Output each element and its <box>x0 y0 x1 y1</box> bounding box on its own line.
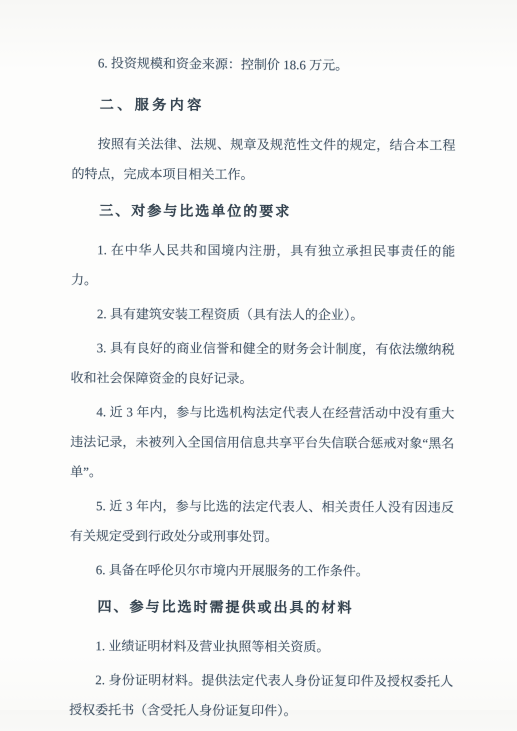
material-item: 1. 业绩证明材料及营业执照等相关资质。 <box>69 631 453 663</box>
requirement-item: 1. 在中华人民共和国境内注册，具有独立承担民事责任的能力。 <box>71 235 455 297</box>
requirement-item: 6. 具备在呼伦贝尔市境内开展服务的工作条件。 <box>70 555 454 587</box>
materials-list: 1. 业绩证明材料及营业执照等相关资质。 2. 身份证明材料。提供法定代表人身份… <box>69 631 453 710</box>
requirement-item: 3. 具有良好的商业信誉和健全的财务会计制度，有依法缴纳税收和社会保障资金的良好… <box>71 333 455 395</box>
para-service-content: 按照有关法律、法规、规章及规范性文件的规定，结合本工程的特点，完成本项目相关工作… <box>71 129 455 191</box>
requirement-item: 4. 近 3 年内，参与比选机构法定代表人在经营活动中没有重大违法记录，未被列入… <box>70 397 454 489</box>
heading-service-content: 二、服务内容 <box>72 91 456 123</box>
requirement-item: 2. 具有建筑安装工程资质（具有法人的企业）。 <box>71 299 455 331</box>
clause-investment-scale: 6. 投资规模和资金来源：控制价 18.6 万元。 <box>72 48 456 82</box>
heading-bidder-requirements: 三、对参与比选单位的要求 <box>71 197 455 229</box>
material-item: 2. 身份证明材料。提供法定代表人身份证复印件及授权委托人授权委托书（含受托人身… <box>69 665 453 710</box>
document-page: 6. 投资规模和资金来源：控制价 18.6 万元。 二、服务内容 按照有关法律、… <box>69 49 456 710</box>
requirement-item: 5. 近 3 年内，参与比选的法定代表人、相关责任人没有因违反有关规定受到行政处… <box>70 491 454 553</box>
heading-required-materials: 四、参与比选时需提供或出具的材料 <box>69 593 453 625</box>
requirements-list: 1. 在中华人民共和国境内注册，具有独立承担民事责任的能力。 2. 具有建筑安装… <box>70 235 456 587</box>
